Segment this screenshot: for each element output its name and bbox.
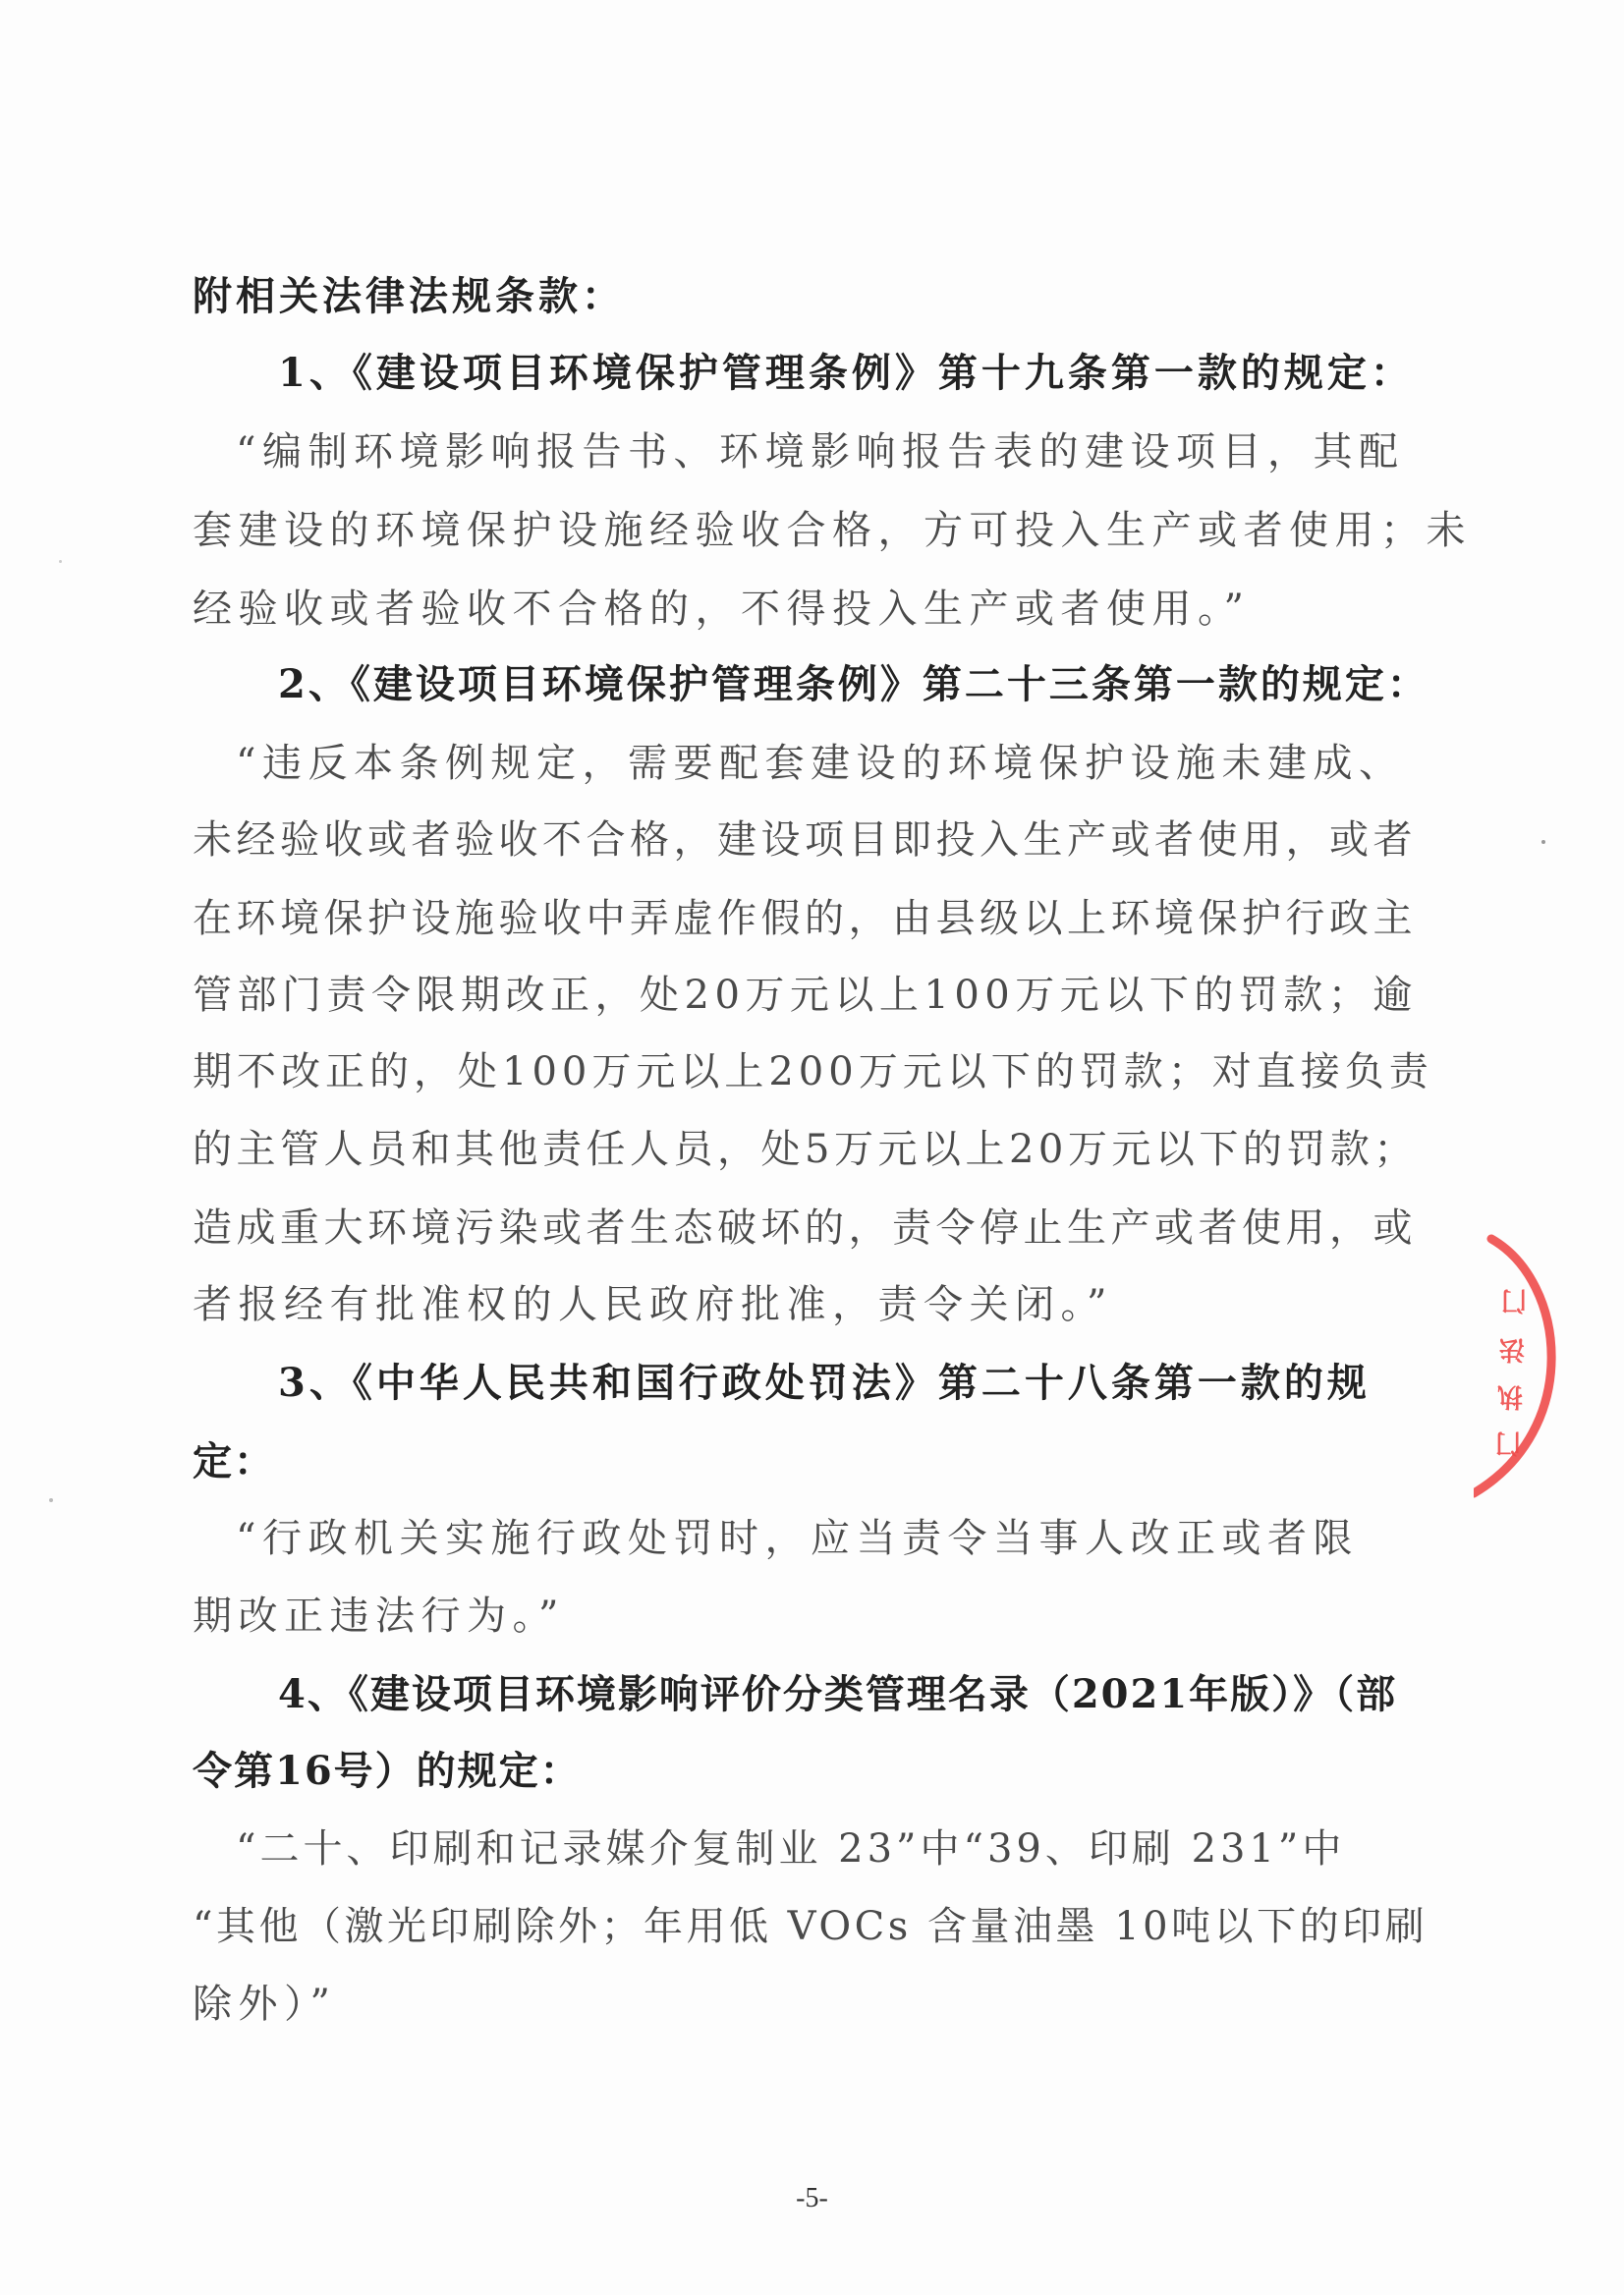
section-3-heading-cont: 定：: [193, 1434, 275, 1489]
scan-speck: [1541, 840, 1545, 844]
scan-speck: [49, 1498, 53, 1502]
scan-speck: [59, 560, 62, 563]
svg-text:门: 门: [1495, 1427, 1521, 1458]
svg-text:法: 法: [1498, 1334, 1525, 1364]
section-1-body-line: 套建设的环境保护设施经验收合格，方可投入生产或者使用；未: [193, 503, 1472, 558]
section-3-body-line: 期改正违法行为。”: [193, 1589, 565, 1644]
section-2-body-line: “违反本条例规定，需要配套建设的环境保护设施未建成、: [236, 736, 1404, 791]
section-2-body-line: 在环境保护设施验收中弄虚作假的，由县级以上环境保护行政主: [193, 891, 1417, 946]
svg-text:执: 执: [1497, 1381, 1523, 1411]
document-title: 附相关法律法规条款：: [193, 269, 625, 324]
section-2-heading: 2、《建设项目环境保护管理条例》第二十三条第一款的规定：: [278, 657, 1429, 712]
section-4-body-line: 除外）”: [193, 1977, 336, 2032]
section-4-heading-cont: 令第16号）的规定：: [193, 1744, 582, 1799]
section-1-heading: 1、《建设项目环境保护管理条例》第十九条第一款的规定：: [278, 346, 1414, 401]
page-number: -5-: [0, 2183, 1624, 2214]
section-1-body-line: “编制环境影响报告书、环境影响报告表的建设项目，其配: [236, 424, 1404, 479]
section-4-heading: 4、《建设项目环境影响评价分类管理名录（2021年版）》（部: [278, 1667, 1397, 1722]
svg-text:门: 门: [1501, 1285, 1527, 1315]
section-1-body-line: 经验收或者验收不合格的，不得投入生产或者使用。”: [193, 582, 1250, 637]
section-2-body-line: 的主管人员和其他责任人员，处5万元以上20万元以下的罚款；: [193, 1122, 1418, 1177]
section-2-body-line: 造成重大环境污染或者生态破坏的，责令停止生产或者使用，或: [193, 1201, 1417, 1256]
section-2-body-line: 管部门责令限期改正，处20万元以上100万元以下的罚款；逾: [193, 968, 1418, 1023]
section-4-body-line: “二十、印刷和记录媒介复制业 23”中“39、印刷 231”中: [236, 1821, 1345, 1876]
section-2-body-line: 者报经有批准权的人民政府批准，责令关闭。”: [193, 1277, 1113, 1332]
section-3-heading: 3、《中华人民共和国行政处罚法》第二十八条第一款的规: [278, 1356, 1371, 1411]
section-4-body-line: “其他（激光印刷除外；年用低 VOCs 含量油墨 10吨以下的印刷: [193, 1899, 1428, 1954]
section-3-body-line: “行政机关实施行政处罚时，应当责令当事人改正或者限: [236, 1511, 1359, 1566]
section-2-body-line: 未经验收或者验收不合格，建设项目即投入生产或者使用，或者: [193, 812, 1417, 868]
section-2-body-line: 期不改正的，处100万元以上200万元以下的罚款；对直接负责: [193, 1044, 1433, 1099]
official-seal-stamp: 门 法 执 门: [1474, 1233, 1592, 1498]
document-page: 附相关法律法规条款： 1、《建设项目环境保护管理条例》第十九条第一款的规定： “…: [0, 0, 1624, 2295]
